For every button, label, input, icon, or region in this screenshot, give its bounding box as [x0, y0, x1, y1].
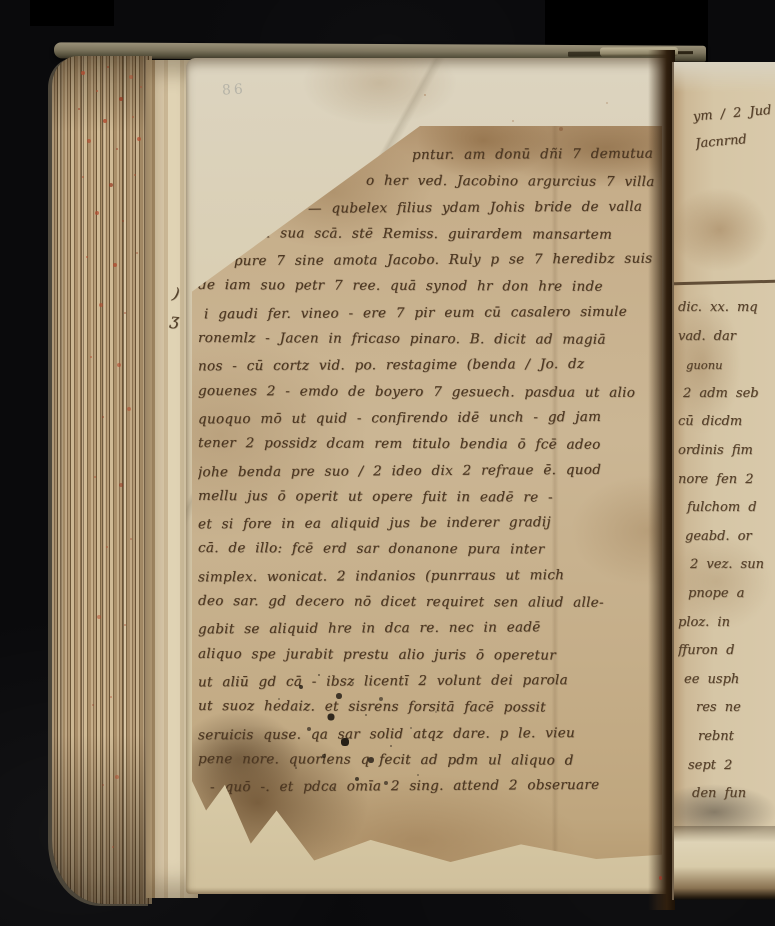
facing-page-line: rebnt [678, 723, 775, 752]
facing-page-line: nore fen 2 [678, 466, 775, 495]
facing-page-line: 2 adm seb [678, 380, 775, 409]
facing-page-header: ym / 2 JudJacnrnd [692, 96, 775, 157]
manuscript-line: ut suoz hedaiz. et sisrens forsitā facē … [198, 693, 658, 721]
facing-page-line: res ne [678, 694, 775, 723]
facing-page-line: pnope a [678, 580, 775, 609]
facing-page-text: dic. xx. mqvad. darguonu2 adm sebcū dicd… [678, 294, 775, 809]
manuscript-line: ronemlz - Jacen in fricaso pinaro. B. di… [198, 325, 658, 353]
gutter-shadow [648, 50, 675, 910]
facing-page-line: ordinis fim [678, 437, 775, 466]
facing-page-line: geabd. or [678, 523, 775, 552]
manuscript-line: mellu jus ō operit ut opere fuit in eadē… [198, 483, 658, 511]
facing-page-line: vad. dar [678, 323, 775, 352]
manuscript-line: gouenes 2 - emdo de boyero 7 gesuech. pa… [198, 378, 658, 406]
facing-page-line: dic. xx. mq [678, 294, 775, 323]
facing-page-line: ploz. in [678, 609, 775, 638]
manuscript-text: pntur. am donū dñi 7 demutuao her ved. J… [198, 142, 658, 799]
manuscript-line: i gaudi fer. vineo - ere 7 pir eum cū ca… [198, 298, 658, 327]
manuscript-line: ac pure 7 sine amota Jacobo. Ruly p se 7… [198, 246, 658, 275]
manuscript-line: et si fore in ea aliquid jus be inderer … [198, 509, 658, 538]
facing-page-line: guonu [678, 351, 775, 380]
facing-page-line: ee usph [678, 666, 775, 695]
manuscript-line: - quō -. et pdca omīa 2 sing. attend 2 o… [198, 772, 658, 801]
manuscript-line: nos - cū cortz vid. po. restagime (benda… [198, 351, 658, 380]
manuscript-line: gabit se aliquid hre in dca re. nec in e… [198, 614, 658, 643]
manuscript-line: de iam suo petr 7 ree. quā synod hr don … [198, 272, 658, 300]
manuscript-line: ut aliū gd cā - ibsz licentī 2 volunt de… [198, 667, 658, 696]
manuscript-line: quoquo mō ut quid - confirendo idē unch … [198, 404, 658, 433]
manuscript-line: cā. de illo: fcē erd sar donanone pura i… [198, 535, 658, 563]
facing-page-line: sept 2 [678, 752, 775, 781]
manuscript-line: johe benda pre suo / 2 ideo dix 2 refrau… [198, 456, 658, 485]
manuscript-line: aliquo spe jurabit prestu alio juris ō o… [198, 641, 658, 669]
folio-number: 86 [222, 81, 247, 98]
facing-page-line: cū dicdm [678, 408, 775, 437]
manuscript-line: deo sar. gd decero nō dicet requiret sen… [198, 588, 658, 616]
manuscript-line: pene nore. quoriens q fecit ad pdm ul al… [198, 746, 658, 774]
foxing-dots [0, 0, 2, 2]
facing-page-line: ffuron d [678, 637, 775, 666]
manuscript-line: seruicis quse. qa sar solid atqz dare. p… [198, 719, 658, 748]
facing-page-line: fulchom d [678, 494, 775, 523]
backdrop-notch-left [30, 0, 114, 26]
facing-page-line: den fun [678, 780, 775, 809]
facing-page-line: 2 vez. sun [678, 551, 775, 580]
red-speckles [52, 56, 54, 58]
photo-frame: 86 pntur. am donū dñi 7 demutuao her ved… [0, 0, 775, 926]
manuscript-line: simplex. wonicat. 2 indanios (punrraus u… [198, 561, 658, 590]
page-stack-fore-edge [52, 56, 152, 904]
manuscript-line: tener 2 possidz dcam rem titulo bendia ō… [198, 430, 658, 458]
red-speck [659, 876, 662, 880]
